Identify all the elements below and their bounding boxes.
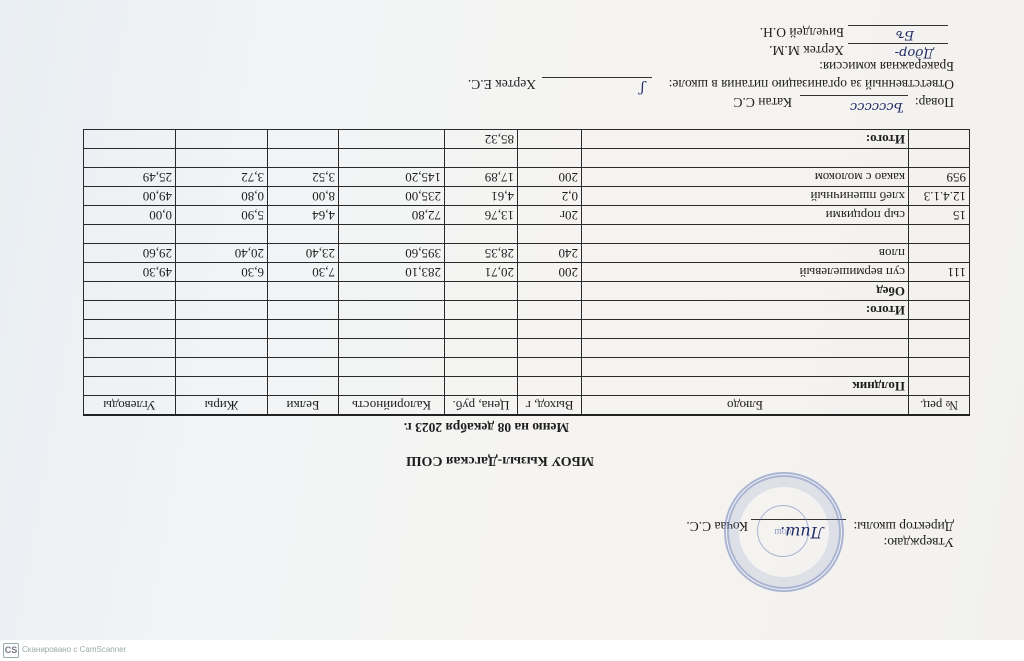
- column-header: Калорийность: [339, 396, 445, 416]
- cell-protein: 8,00: [268, 187, 339, 206]
- commission-signature-2: Бъ: [896, 27, 914, 42]
- table-row: 15сыр порциями20г13,7672,804,645,900,00: [84, 206, 970, 225]
- cell-carbs: [84, 320, 176, 339]
- responsible-name: Хертек Е.С.: [468, 76, 536, 92]
- empty-cell: [84, 377, 176, 396]
- section-rec-cell: [909, 282, 970, 301]
- empty-cell: [339, 377, 445, 396]
- cell-rec: 15: [909, 206, 970, 225]
- table-row: [84, 149, 970, 168]
- cell-carbs: 0,00: [84, 206, 176, 225]
- cell-yield: 20г: [518, 206, 582, 225]
- cell-rec: [909, 244, 970, 263]
- table-row: [84, 339, 970, 358]
- approved-label: Утверждаю:: [883, 534, 954, 550]
- commission-label: Бракеражная комиссия:: [819, 58, 954, 74]
- cell-rec: [909, 320, 970, 339]
- cell-fat: [176, 320, 268, 339]
- cell-kcal: 395,60: [339, 244, 445, 263]
- section-row: Обед: [84, 282, 970, 301]
- cell-fat: 6,30: [176, 263, 268, 282]
- cell-kcal: 283,10: [339, 263, 445, 282]
- table-row: [84, 225, 970, 244]
- cell-fat: [176, 339, 268, 358]
- empty-cell: [268, 130, 339, 149]
- empty-cell: [518, 282, 582, 301]
- menu-table: № рец.БлюдоВыход, гЦена, руб.Калорийност…: [83, 129, 970, 416]
- section-rec-cell: [909, 377, 970, 396]
- cell-kcal: [339, 339, 445, 358]
- section-title: Полдник: [582, 377, 909, 396]
- commission-signature-line-1: [848, 43, 948, 44]
- empty-cell: [445, 282, 518, 301]
- total-label: Итого:: [582, 130, 909, 149]
- camscanner-watermark-text: Сканировано с CamScanner: [22, 645, 126, 654]
- section-title: Обед: [582, 282, 909, 301]
- cook-signature: Ъсссссс: [850, 99, 904, 114]
- cell-carbs: [84, 225, 176, 244]
- empty-cell: [84, 282, 176, 301]
- cell-dish: сыр порциями: [582, 206, 909, 225]
- cell-protein: 23,40: [268, 244, 339, 263]
- cell-price: [445, 358, 518, 377]
- commission-signature-1: Ддор-: [895, 45, 934, 60]
- column-header: Блюдо: [582, 396, 909, 416]
- scanner-watermark-bar: CS Сканировано с CamScanner: [0, 640, 1024, 661]
- cell-fat: [176, 225, 268, 244]
- cell-price: [445, 149, 518, 168]
- total-label: Итого:: [582, 301, 909, 320]
- director-signature: Лиш.: [780, 523, 824, 542]
- cell-yield: [518, 358, 582, 377]
- cell-fat: [176, 149, 268, 168]
- cell-carbs: 49,00: [84, 187, 176, 206]
- cook-name: Катан С.С: [733, 94, 792, 110]
- cell-price: 20,71: [445, 263, 518, 282]
- empty-cell: [339, 282, 445, 301]
- cell-yield: [518, 339, 582, 358]
- table-row: плов24028,35395,6023,4020,4029,60: [84, 244, 970, 263]
- column-header: Выход, г: [518, 396, 582, 416]
- cell-price: 28,35: [445, 244, 518, 263]
- cell-rec: [909, 358, 970, 377]
- cell-protein: [268, 149, 339, 168]
- menu-title: Меню на 08 декабря 2023 г.: [404, 419, 569, 435]
- empty-cell: [176, 377, 268, 396]
- cell-yield: 240: [518, 244, 582, 263]
- empty-cell: [84, 130, 176, 149]
- empty-cell: [339, 130, 445, 149]
- table-header-row: № рец.БлюдоВыход, гЦена, руб.Калорийност…: [84, 396, 970, 416]
- cell-dish: [582, 225, 909, 244]
- cell-yield: 200: [518, 168, 582, 187]
- cell-rec: 12.4.1.3: [909, 187, 970, 206]
- empty-cell: [176, 282, 268, 301]
- responsible-signature: ʃ: [640, 80, 644, 96]
- empty-cell: [445, 377, 518, 396]
- total-rec-cell: [909, 130, 970, 149]
- cell-yield: [518, 225, 582, 244]
- cell-dish: [582, 149, 909, 168]
- cell-yield: [518, 320, 582, 339]
- cell-yield: [518, 149, 582, 168]
- column-header: Цена, руб.: [445, 396, 518, 416]
- cell-kcal: [339, 320, 445, 339]
- table-row: [84, 320, 970, 339]
- cell-price: 17,89: [445, 168, 518, 187]
- cell-carbs: [84, 358, 176, 377]
- cell-price: 13,76: [445, 206, 518, 225]
- commission-member-2: Бичелдей О.Н.: [760, 24, 844, 40]
- responsible-signature-line: [542, 77, 652, 78]
- cell-dish: хлеб пшеничный: [582, 187, 909, 206]
- cell-dish: какао с молоком: [582, 168, 909, 187]
- section-row: Полдник: [84, 377, 970, 396]
- empty-cell: [176, 130, 268, 149]
- table-row: 959какао с молоком20017,89145,203,523,72…: [84, 168, 970, 187]
- cell-fat: [176, 358, 268, 377]
- commission-member-1: Хертек М.М.: [769, 42, 844, 58]
- cook-label: Повар:: [915, 94, 954, 110]
- column-header: Белки: [268, 396, 339, 416]
- column-header: № рец.: [909, 396, 970, 416]
- cell-rec: [909, 339, 970, 358]
- responsible-label: Ответственный за организацию питания в ш…: [669, 76, 954, 92]
- director-label: Директор школы:: [853, 518, 954, 534]
- cell-protein: 3,52: [268, 168, 339, 187]
- cell-yield: 0,2: [518, 187, 582, 206]
- cell-rec: 959: [909, 168, 970, 187]
- empty-cell: [268, 301, 339, 320]
- cell-kcal: 235,00: [339, 187, 445, 206]
- cell-protein: [268, 225, 339, 244]
- cell-carbs: 25,49: [84, 168, 176, 187]
- cell-price: [445, 320, 518, 339]
- cell-kcal: [339, 149, 445, 168]
- cell-rec: [909, 149, 970, 168]
- cell-protein: 4,64: [268, 206, 339, 225]
- cell-dish: плов: [582, 244, 909, 263]
- cell-dish: суп вермишелевый: [582, 263, 909, 282]
- cell-fat: 5,90: [176, 206, 268, 225]
- empty-cell: [518, 301, 582, 320]
- cell-carbs: [84, 149, 176, 168]
- empty-cell: [518, 377, 582, 396]
- total-price: [445, 301, 518, 320]
- total-row: Итого:: [84, 301, 970, 320]
- cell-kcal: 72,80: [339, 206, 445, 225]
- camscanner-logo-icon: CS: [3, 643, 19, 658]
- school-name: МБОУ Кызыл-Дагская СОШ: [406, 452, 594, 468]
- table-row: [84, 358, 970, 377]
- empty-cell: [518, 130, 582, 149]
- cell-dish: [582, 320, 909, 339]
- cell-dish: [582, 339, 909, 358]
- scanned-menu-page: Утверждаю: Директор школы: Кочаа С.С. СО…: [0, 0, 1024, 640]
- cell-carbs: 49,30: [84, 263, 176, 282]
- commission-signature-line-2: [848, 25, 948, 26]
- cell-protein: [268, 320, 339, 339]
- cell-kcal: [339, 358, 445, 377]
- cook-signature-line: [800, 95, 908, 96]
- cell-yield: 200: [518, 263, 582, 282]
- empty-cell: [268, 377, 339, 396]
- table-row: 111суп вермишелевый20020,71283,107,306,3…: [84, 263, 970, 282]
- cell-fat: 20,40: [176, 244, 268, 263]
- cell-fat: 3,72: [176, 168, 268, 187]
- empty-cell: [268, 282, 339, 301]
- column-header: Жиры: [176, 396, 268, 416]
- cell-carbs: [84, 339, 176, 358]
- empty-cell: [84, 301, 176, 320]
- cell-protein: 7,30: [268, 263, 339, 282]
- cell-dish: [582, 358, 909, 377]
- cell-kcal: 145,20: [339, 168, 445, 187]
- cell-price: 4,61: [445, 187, 518, 206]
- cell-rec: 111: [909, 263, 970, 282]
- empty-cell: [176, 301, 268, 320]
- table-row: 12.4.1.3хлеб пшеничный0,24,61235,008,000…: [84, 187, 970, 206]
- cell-price: [445, 225, 518, 244]
- cell-protein: [268, 358, 339, 377]
- cell-protein: [268, 339, 339, 358]
- cell-carbs: 29,60: [84, 244, 176, 263]
- total-row: Итого:85,32: [84, 130, 970, 149]
- column-header: Углеводы: [84, 396, 176, 416]
- empty-cell: [339, 301, 445, 320]
- cell-fat: 0,80: [176, 187, 268, 206]
- cell-kcal: [339, 225, 445, 244]
- total-rec-cell: [909, 301, 970, 320]
- cell-rec: [909, 225, 970, 244]
- cell-price: [445, 339, 518, 358]
- total-price: 85,32: [445, 130, 518, 149]
